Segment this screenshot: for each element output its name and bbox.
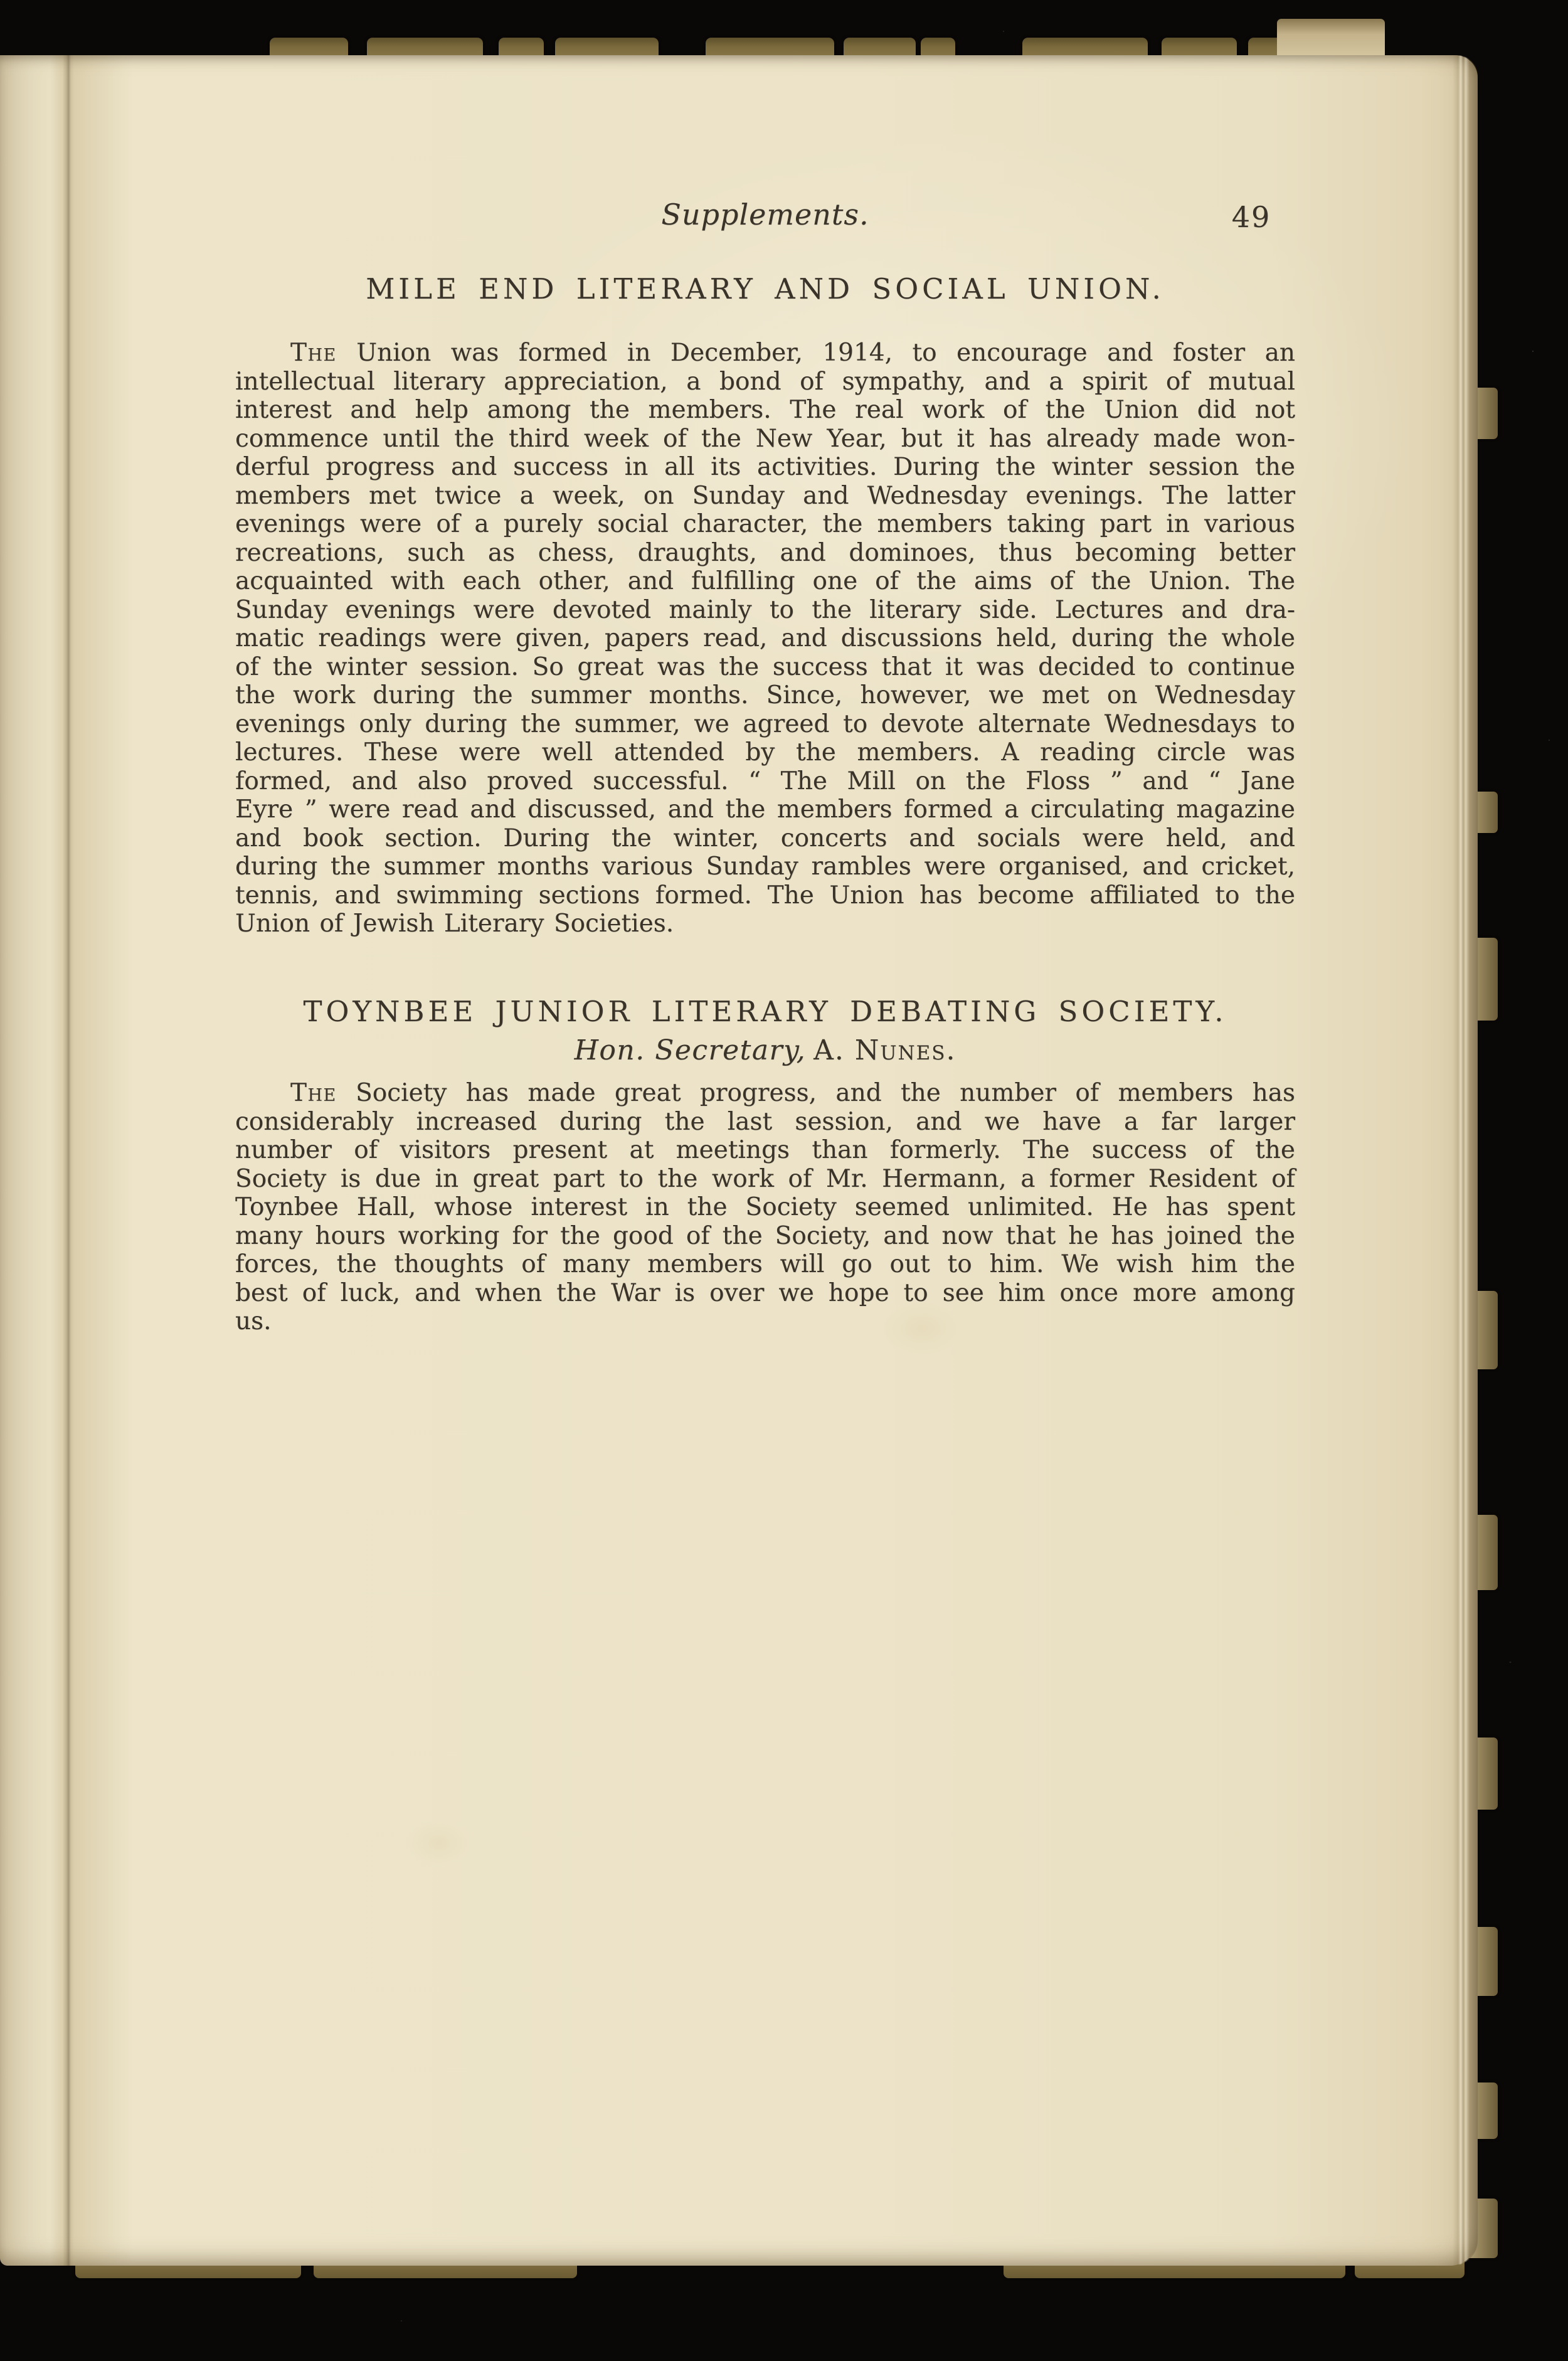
text-line: formed, and also proved successful. “ Th… — [235, 767, 1295, 796]
section-subheading: Hon. Secretary,A. Nunes. — [235, 1035, 1295, 1067]
text-line: Society is due in great part to the work… — [235, 1165, 1295, 1194]
paragraph: The Union was formed in December, 1914, … — [235, 339, 1295, 938]
text-line: lectures. These were well attended by th… — [235, 738, 1295, 767]
subheading-name: A. Nunes. — [813, 1034, 956, 1066]
text-line: intellectual literary appreciation, a bo… — [235, 368, 1295, 396]
book-page: Supplements. 49 MILE END LITERARY AND SO… — [0, 55, 1478, 2266]
text-line: derful progress and success in all its a… — [235, 453, 1295, 482]
text-line: members met twice a week, on Sunday and … — [235, 482, 1295, 511]
subheading-role: Hon. Secretary, — [575, 1034, 807, 1066]
running-head: Supplements. — [235, 198, 1295, 231]
gutter-crease — [63, 55, 74, 2266]
text-line: number of visitors present at meetings t… — [235, 1136, 1295, 1165]
page-edge-stack — [1453, 55, 1478, 2266]
text-line: considerably increased during the last s… — [235, 1108, 1295, 1137]
text-line: recreations, such as chess, draughts, an… — [235, 539, 1295, 568]
text-line: best of luck, and when the War is over w… — [235, 1279, 1295, 1308]
text-line: interest and help among the members. The… — [235, 396, 1295, 425]
text-line: Union of Jewish Literary Societies. — [235, 910, 1295, 938]
text-line: tennis, and swimming sections formed. Th… — [235, 881, 1295, 910]
page-number: 49 — [1214, 201, 1289, 234]
text-line: Sunday evenings were devoted mainly to t… — [235, 596, 1295, 625]
text-line: many hours working for the good of the S… — [235, 1222, 1295, 1251]
text-line: Eyre ” were read and discussed, and the … — [235, 795, 1295, 824]
text-line: evenings only during the summer, we agre… — [235, 710, 1295, 739]
text-line: of the winter session. So great was the … — [235, 653, 1295, 682]
text-line: The Society has made great progress, and… — [235, 1079, 1295, 1108]
text-line: evenings were of a purely social charact… — [235, 510, 1295, 539]
paragraph: The Society has made great progress, and… — [235, 1079, 1295, 1336]
text-line: and book section. During the winter, con… — [235, 824, 1295, 853]
text-line: acquainted with each other, and fulfilli… — [235, 567, 1295, 596]
text-line: us. — [235, 1307, 1295, 1336]
text-line: The Union was formed in December, 1914, … — [235, 339, 1295, 368]
photo-backdrop: Supplements. 49 MILE END LITERARY AND SO… — [0, 0, 1568, 2361]
section-heading: TOYNBEE JUNIOR LITERARY DEBATING SOCIETY… — [235, 996, 1295, 1027]
text-line: forces, the thoughts of many members wil… — [235, 1250, 1295, 1279]
small-caps-word: The — [290, 1079, 337, 1107]
small-caps-word: The — [290, 339, 337, 367]
text-line: commence until the third week of the New… — [235, 425, 1295, 454]
text-line: Toynbee Hall, whose interest in the Soci… — [235, 1193, 1295, 1222]
text-line: matic readings were given, papers read, … — [235, 624, 1295, 653]
text-line: the work during the summer months. Since… — [235, 681, 1295, 710]
text-line: during the summer months various Sunday … — [235, 852, 1295, 881]
section-heading: MILE END LITERARY AND SOCIAL UNION. — [235, 273, 1295, 305]
